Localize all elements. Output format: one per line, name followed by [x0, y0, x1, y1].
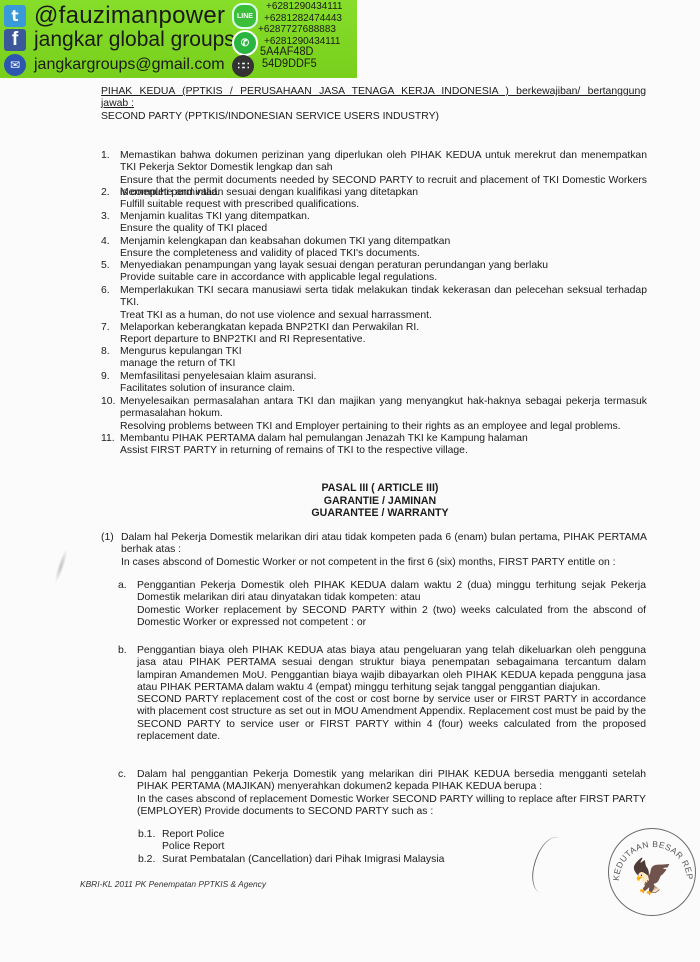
obligation-text-id: Menyediakan penampungan yang layak sesua…: [120, 260, 647, 272]
document-item-translation: Police Report: [138, 841, 538, 853]
subclause-text-id: Dalam hal penggantian Pekerja Domestik y…: [137, 769, 646, 794]
clause-number: (1): [101, 532, 114, 544]
obligation-number: 3.: [101, 211, 110, 223]
subclause-text-en: Domestic Worker replacement by SECOND PA…: [137, 605, 646, 630]
subclause-letter: b.: [118, 645, 127, 657]
obligation-text-id: Memenuhi permintaan sesuai dengan kualif…: [120, 187, 647, 199]
subclause-text-id: Penggantian Pekerja Domestik oleh PIHAK …: [137, 580, 646, 605]
scan-smudge: [53, 548, 70, 584]
obligation-text-id: Memfasilitasi penyelesaian klaim asurans…: [120, 371, 647, 383]
obligation-text-en: Assist FIRST PARTY in returning of remai…: [120, 445, 647, 457]
section-heading-line1: PIHAK KEDUA (PPTKIS / PERUSAHAAN JASA TE…: [101, 86, 646, 98]
obligation-text-id: Membantu PIHAK PERTAMA dalam hal pemulan…: [120, 433, 647, 445]
clause-1-en: In cases abscond of Domestic Worker or n…: [121, 557, 647, 569]
obligation-number: 7.: [101, 322, 110, 334]
obligation-text-en: Fulfill suitable request with prescribed…: [120, 199, 647, 211]
article-subtitle-id: GARANTIE / JAMINAN: [250, 495, 510, 508]
obligation-number: 9.: [101, 371, 110, 383]
embassy-stamp: KEDUTAAN BESAR REPUBLIK INDONESIA 🦅: [608, 828, 696, 916]
obligation-number: 2.: [101, 187, 110, 199]
garuda-emblem-icon: 🦅: [629, 853, 675, 901]
document-item: b.2. Surat Pembatalan (Cancellation) dar…: [138, 854, 538, 866]
obligation-text-en: Ensure the completeness and validity of …: [120, 248, 647, 260]
obligation-text-id: Mengurus kepulangan TKI: [120, 346, 647, 358]
obligation-number: 1.: [101, 150, 110, 162]
obligation-text-en: Ensure the quality of TKI placed: [120, 223, 647, 235]
obligation-number: 5.: [101, 260, 110, 272]
obligation-number: 4.: [101, 236, 110, 248]
obligation-text-en: Report departure to BNP2TKI and RI Repre…: [120, 334, 647, 346]
clause-1-id: Dalam hal Pekerja Domestik melarikan dir…: [121, 532, 647, 557]
page-footer: KBRI-KL 2011 PK Penempatan PPTKIS & Agen…: [80, 879, 266, 889]
section-heading-english: SECOND PARTY (PPTKIS/INDONESIAN SERVICE …: [101, 111, 646, 123]
subclause-text-en: SECOND PARTY replacement cost of the cos…: [137, 694, 646, 743]
obligation-text-id: Menjamin kualitas TKI yang ditempatkan.: [120, 211, 647, 223]
article-heading: PASAL III ( ARTICLE III) GARANTIE / JAMI…: [250, 482, 510, 520]
obligation-text-en: Resolving problems between TKI and Emplo…: [120, 421, 647, 433]
obligation-text-en: Facilitates solution of insurance claim.: [120, 383, 647, 395]
obligation-text-en: Treat TKI as a human, do not use violenc…: [120, 310, 647, 322]
documents-list: b.1. Report Police Police Report b.2. Su…: [138, 829, 538, 866]
section-heading: PIHAK KEDUA (PPTKIS / PERUSAHAAN JASA TE…: [101, 86, 646, 123]
subclause-letter: c.: [118, 769, 126, 781]
document-item: b.1. Report Police: [138, 829, 538, 841]
subclause-letter: a.: [118, 580, 127, 592]
obligation-number: 8.: [101, 346, 110, 358]
obligation-text-en: manage the return of TKI: [120, 358, 647, 370]
obligation-text-id: Memperlakukan TKI secara manusiawi serta…: [120, 285, 647, 310]
obligation-text-id: Melaporkan keberangkatan kepada BNP2TKI …: [120, 322, 647, 334]
obligation-text-id: Menjamin kelengkapan dan keabsahan dokum…: [120, 236, 647, 248]
obligation-number: 11.: [101, 433, 115, 445]
subclause-text-id: Penggantian biaya oleh PIHAK KEDUA atas …: [137, 645, 646, 694]
article-title: PASAL III ( ARTICLE III): [250, 482, 510, 495]
article-subtitle-en: GUARANTEE / WARRANTY: [250, 507, 510, 520]
contract-page: PIHAK KEDUA (PPTKIS / PERUSAHAAN JASA TE…: [0, 0, 700, 962]
obligation-number: 10.: [101, 396, 115, 408]
obligation-text-id: Menyelesaikan permasalahan antara TKI da…: [120, 396, 647, 421]
obligation-number: 6.: [101, 285, 110, 297]
section-heading-line2: jawab :: [101, 98, 646, 110]
subclause-text-en: In the cases abscond of replacement Dome…: [137, 794, 646, 819]
obligation-text-id: Memastikan bahwa dokumen perizinan yang …: [120, 150, 647, 175]
obligation-text-en: Provide suitable care in accordance with…: [120, 272, 647, 284]
